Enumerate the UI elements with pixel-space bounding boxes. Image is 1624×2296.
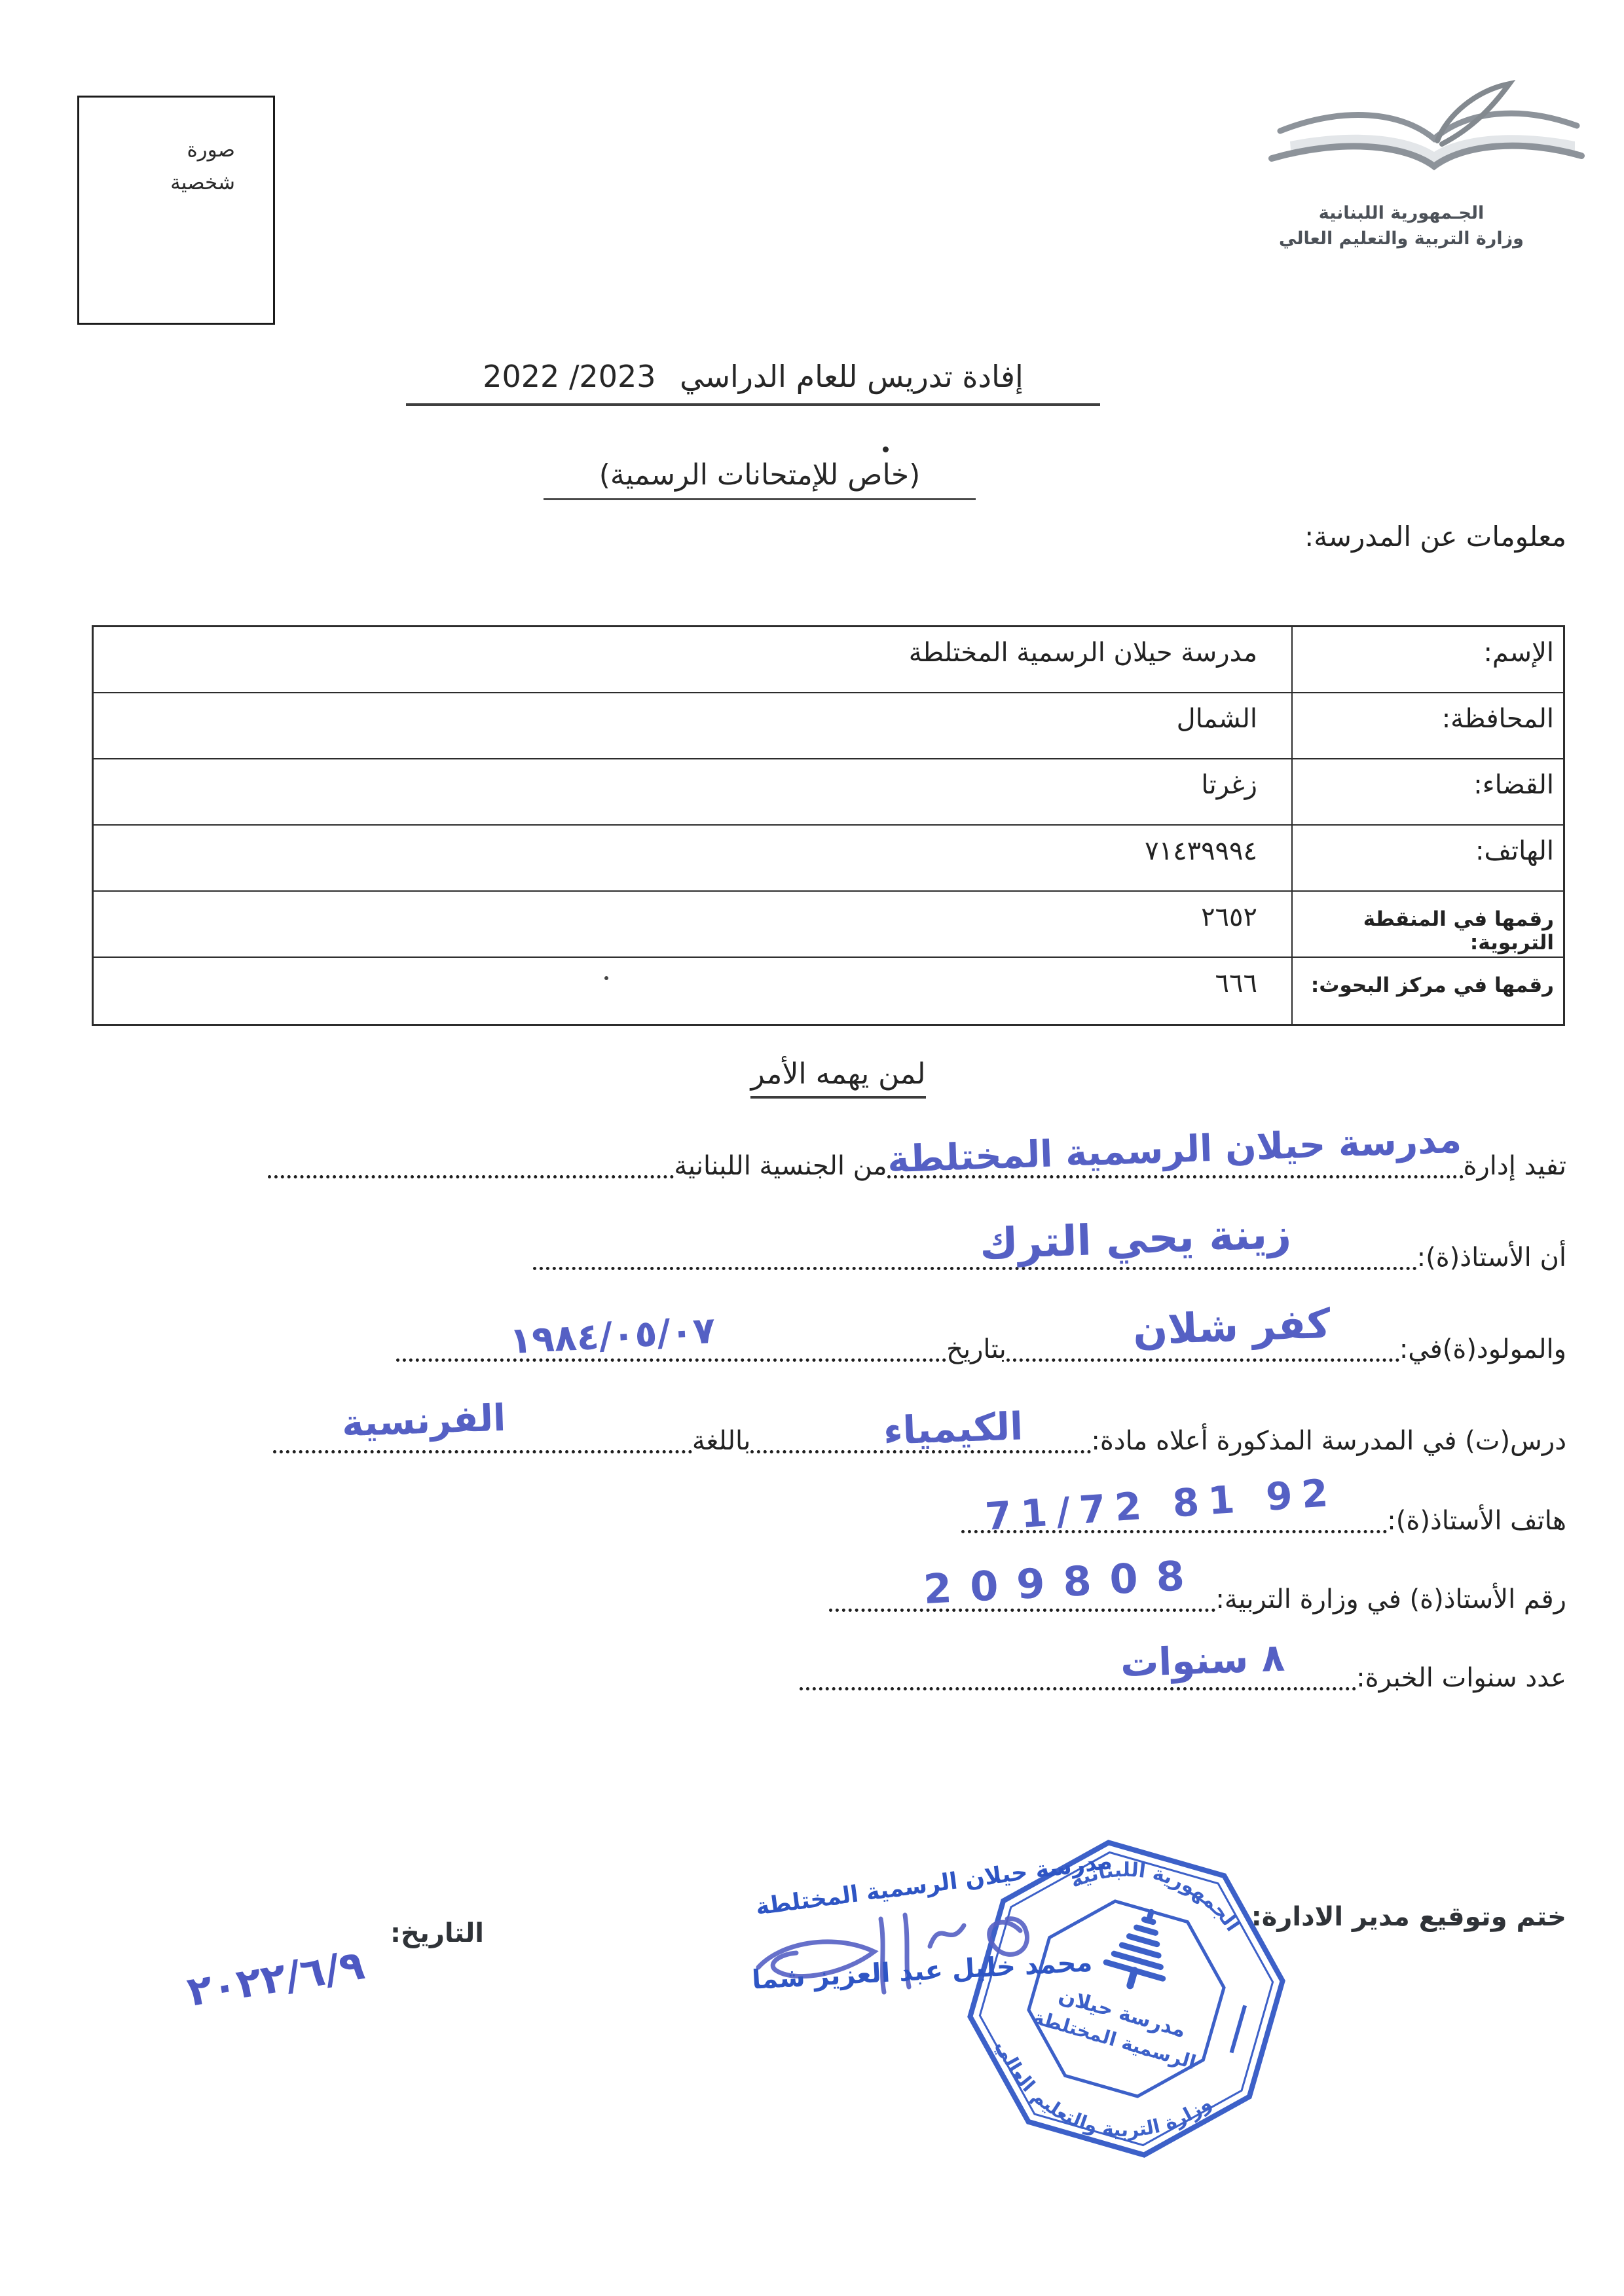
stray-ink-dot [883,446,889,452]
handwritten-experience: ٨ سنوات [1120,1635,1285,1686]
handwritten-birthplace: كفر شلان [1132,1300,1331,1354]
date-label: التاريخ: [390,1918,484,1948]
school-info-table: الإسم: مدرسة حيلان الرسمية المختلطة المح… [92,625,1565,1026]
table-value-phone: ٧١٤٣٩٩٩٤ [94,826,1291,892]
line1-suffix: من الجنسية اللبنانية [674,1151,887,1181]
form-line-phone: هاتف الأستاذ(ة): 71/72 81 92 [59,1506,1566,1553]
table-value-district-number: ٢٦٥٢ [94,892,1291,958]
line4-mid: باللغة [692,1426,751,1456]
logo-republic-text: الجـمهورية اللبنانية [1211,203,1591,223]
table-label-phone: الهاتف: [1291,826,1563,892]
line1-prefix: تفيد إدارة [1464,1151,1566,1181]
school-info-heading: معلومات عن المدرسة: [1304,520,1566,553]
table-value-research-number: ٦٦٦ [94,958,1291,1024]
concern-heading: لمن يهمه الأمر [661,1057,1015,1091]
open-book-quill-icon [1218,79,1585,203]
logo-ministry-text: وزارة التربية والتعليم العالي [1211,228,1591,249]
form-line-experience: عدد سنوات الخبرة: ٨ سنوات [59,1663,1566,1710]
stray-ink-dot [604,976,608,980]
table-label-district-number: رقمها في المنقطة التربوية: [1291,892,1563,958]
document-subtitle: (خاص للإمتحانات الرسمية) [544,458,976,500]
table-label-research-number: رقمها في مركز البحوث: [1291,958,1563,1024]
handwritten-language: الفرنسية [341,1397,506,1446]
form-line-subject: درس(ت) في المدرسة المذكورة أعلاه مادة:با… [59,1426,1566,1473]
table-label-district: القضاء: [1291,759,1563,826]
form-line-teacher: أن الأستاذ(ة): زينة يحي الترك [59,1243,1566,1290]
photo-label-line1: صورة [79,134,235,166]
photo-label-line2: شخصية [79,166,235,199]
table-label-name: الإسم: [1291,627,1563,693]
line3-mid: بتاريخ [946,1334,1006,1364]
ministry-logo: الجـمهورية اللبنانية وزارة التربية والتع… [1211,79,1591,275]
line2-label: أن الأستاذ(ة): [1417,1243,1566,1273]
form-line-birth: والمولود(ة)في:بتاريخ كفر شلان ١٩٨٤/٠٥/٠٧ [59,1334,1566,1381]
handwritten-subject: الكيمياء [883,1404,1024,1453]
line4-label: درس(ت) في المدرسة المذكورة أعلاه مادة: [1091,1426,1566,1456]
academic-years: 2022 /2023 [483,359,655,394]
table-value-governorate: الشمال [94,693,1291,759]
line5-label: هاتف الأستاذ(ة): [1387,1506,1566,1536]
stamp-signature-label: ختم وتوقيع مدير الادارة: [1251,1902,1566,1932]
line6-label: رقم الأستاذ(ة) في وزارة التربية: [1215,1584,1566,1614]
dotted-blank [268,1152,674,1178]
table-label-governorate: المحافظة: [1291,693,1563,759]
line3-label: والمولود(ة)في: [1399,1334,1566,1364]
handwritten-date: ٢٠٢٢/٦/٩ [184,1941,367,2016]
line7-label: عدد سنوات الخبرة: [1356,1663,1566,1693]
document-title: إفادة تدريس للعام الدراسي 2022 /2023 [406,359,1100,406]
form-line-school: تفيد إدارةمن الجنسية اللبنانية مدرسة حيل… [59,1151,1566,1198]
photo-placeholder-box: صورة شخصية [77,96,275,325]
form-line-ministry-number: رقم الأستاذ(ة) في وزارة التربية: 209808 [59,1584,1566,1631]
table-value-name: مدرسة حيلان الرسمية المختلطة [94,627,1291,693]
table-value-district: زغرتا [94,759,1291,826]
scanned-teaching-certificate: صورة شخصية الجـمهورية اللبنانية وزارة ال… [0,0,1624,2296]
